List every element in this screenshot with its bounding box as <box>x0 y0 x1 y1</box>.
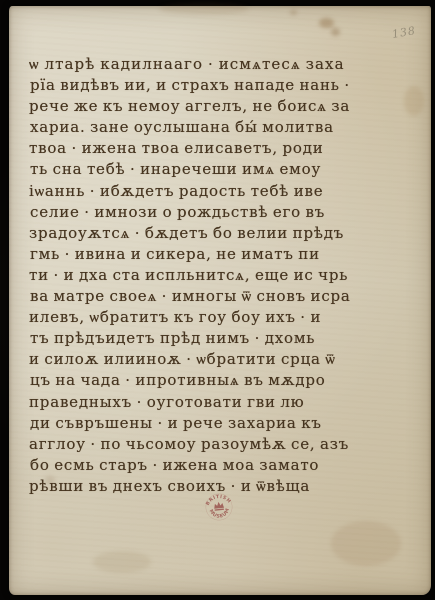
stamp-bottom-text: MUSEUM <box>207 507 232 521</box>
manuscript-line: зрадоуѫтсѧ · бѫдетъ бо велии прѣдъ <box>29 223 407 244</box>
manuscript-line: ва матре своеѧ · имногы ѿ сновъ исра <box>30 286 408 307</box>
manuscript-line: гмь · ивина и сикера, не иматъ пи <box>30 244 408 265</box>
crown-icon <box>214 501 225 510</box>
manuscript-text-block: ѡ лтарѣ кадилнааго · исмѧтесѧ захарїа ви… <box>29 54 407 497</box>
manuscript-line: ти · и дха ста испльнитсѧ, еще ис чрь <box>29 265 407 286</box>
manuscript-line: и силоѫ илииноѫ · ѡбратити срца ѿ <box>29 349 407 370</box>
stain <box>331 521 401 566</box>
stain <box>290 10 297 15</box>
manuscript-line: селие · имнози о рождьствѣ его въ <box>30 202 408 223</box>
parchment-page: 138 ѡ лтарѣ кадилнааго · исмѧтесѧ захарї… <box>9 6 431 595</box>
folio-number: 138 <box>391 24 417 41</box>
manuscript-line: илевъ, ѡбратитъ къ гоу боу ихъ · и <box>29 307 407 328</box>
manuscript-photo: 138 ѡ лтарѣ кадилнааго · исмѧтесѧ захарї… <box>0 0 435 600</box>
stain <box>159 3 249 15</box>
manuscript-line: ть сна тебѣ · инаречеши имѧ емоу <box>30 159 408 180</box>
manuscript-line: твоа · ижена твоа елисаветъ, роди <box>29 138 407 159</box>
manuscript-line: іѡаннь · ибѫдетъ радость тебѣ иве <box>29 181 407 202</box>
manuscript-line: бо есмь старъ · ижена моа замато <box>30 455 408 476</box>
manuscript-line: рїа видѣвъ ии, и страхъ нападе нань · <box>30 75 408 96</box>
manuscript-line: рече же къ немоу аггелъ, не боисѧ за <box>29 96 407 117</box>
stain <box>93 551 151 573</box>
british-museum-stamp: BRITISH MUSEUM <box>200 488 237 525</box>
stain <box>319 18 334 28</box>
manuscript-line: праведныхъ · оуготовати гви лю <box>29 392 407 413</box>
manuscript-line: цъ на чада · ипротивныѧ въ мѫдро <box>30 370 408 391</box>
manuscript-line: ѡ лтарѣ кадилнааго · исмѧтесѧ заха <box>29 54 407 75</box>
stain <box>331 28 340 36</box>
manuscript-line: ди съвръшены · и рече захариа къ <box>30 413 408 434</box>
svg-text:MUSEUM: MUSEUM <box>207 507 232 521</box>
manuscript-line: тъ прѣдъидетъ прѣд нимъ · дхомь <box>30 328 408 349</box>
manuscript-line: агглоу · по чьсомоу разоумѣѫ се, азъ <box>29 434 407 455</box>
manuscript-line: хариа. зане оуслышана бы́ молитва <box>30 117 408 138</box>
